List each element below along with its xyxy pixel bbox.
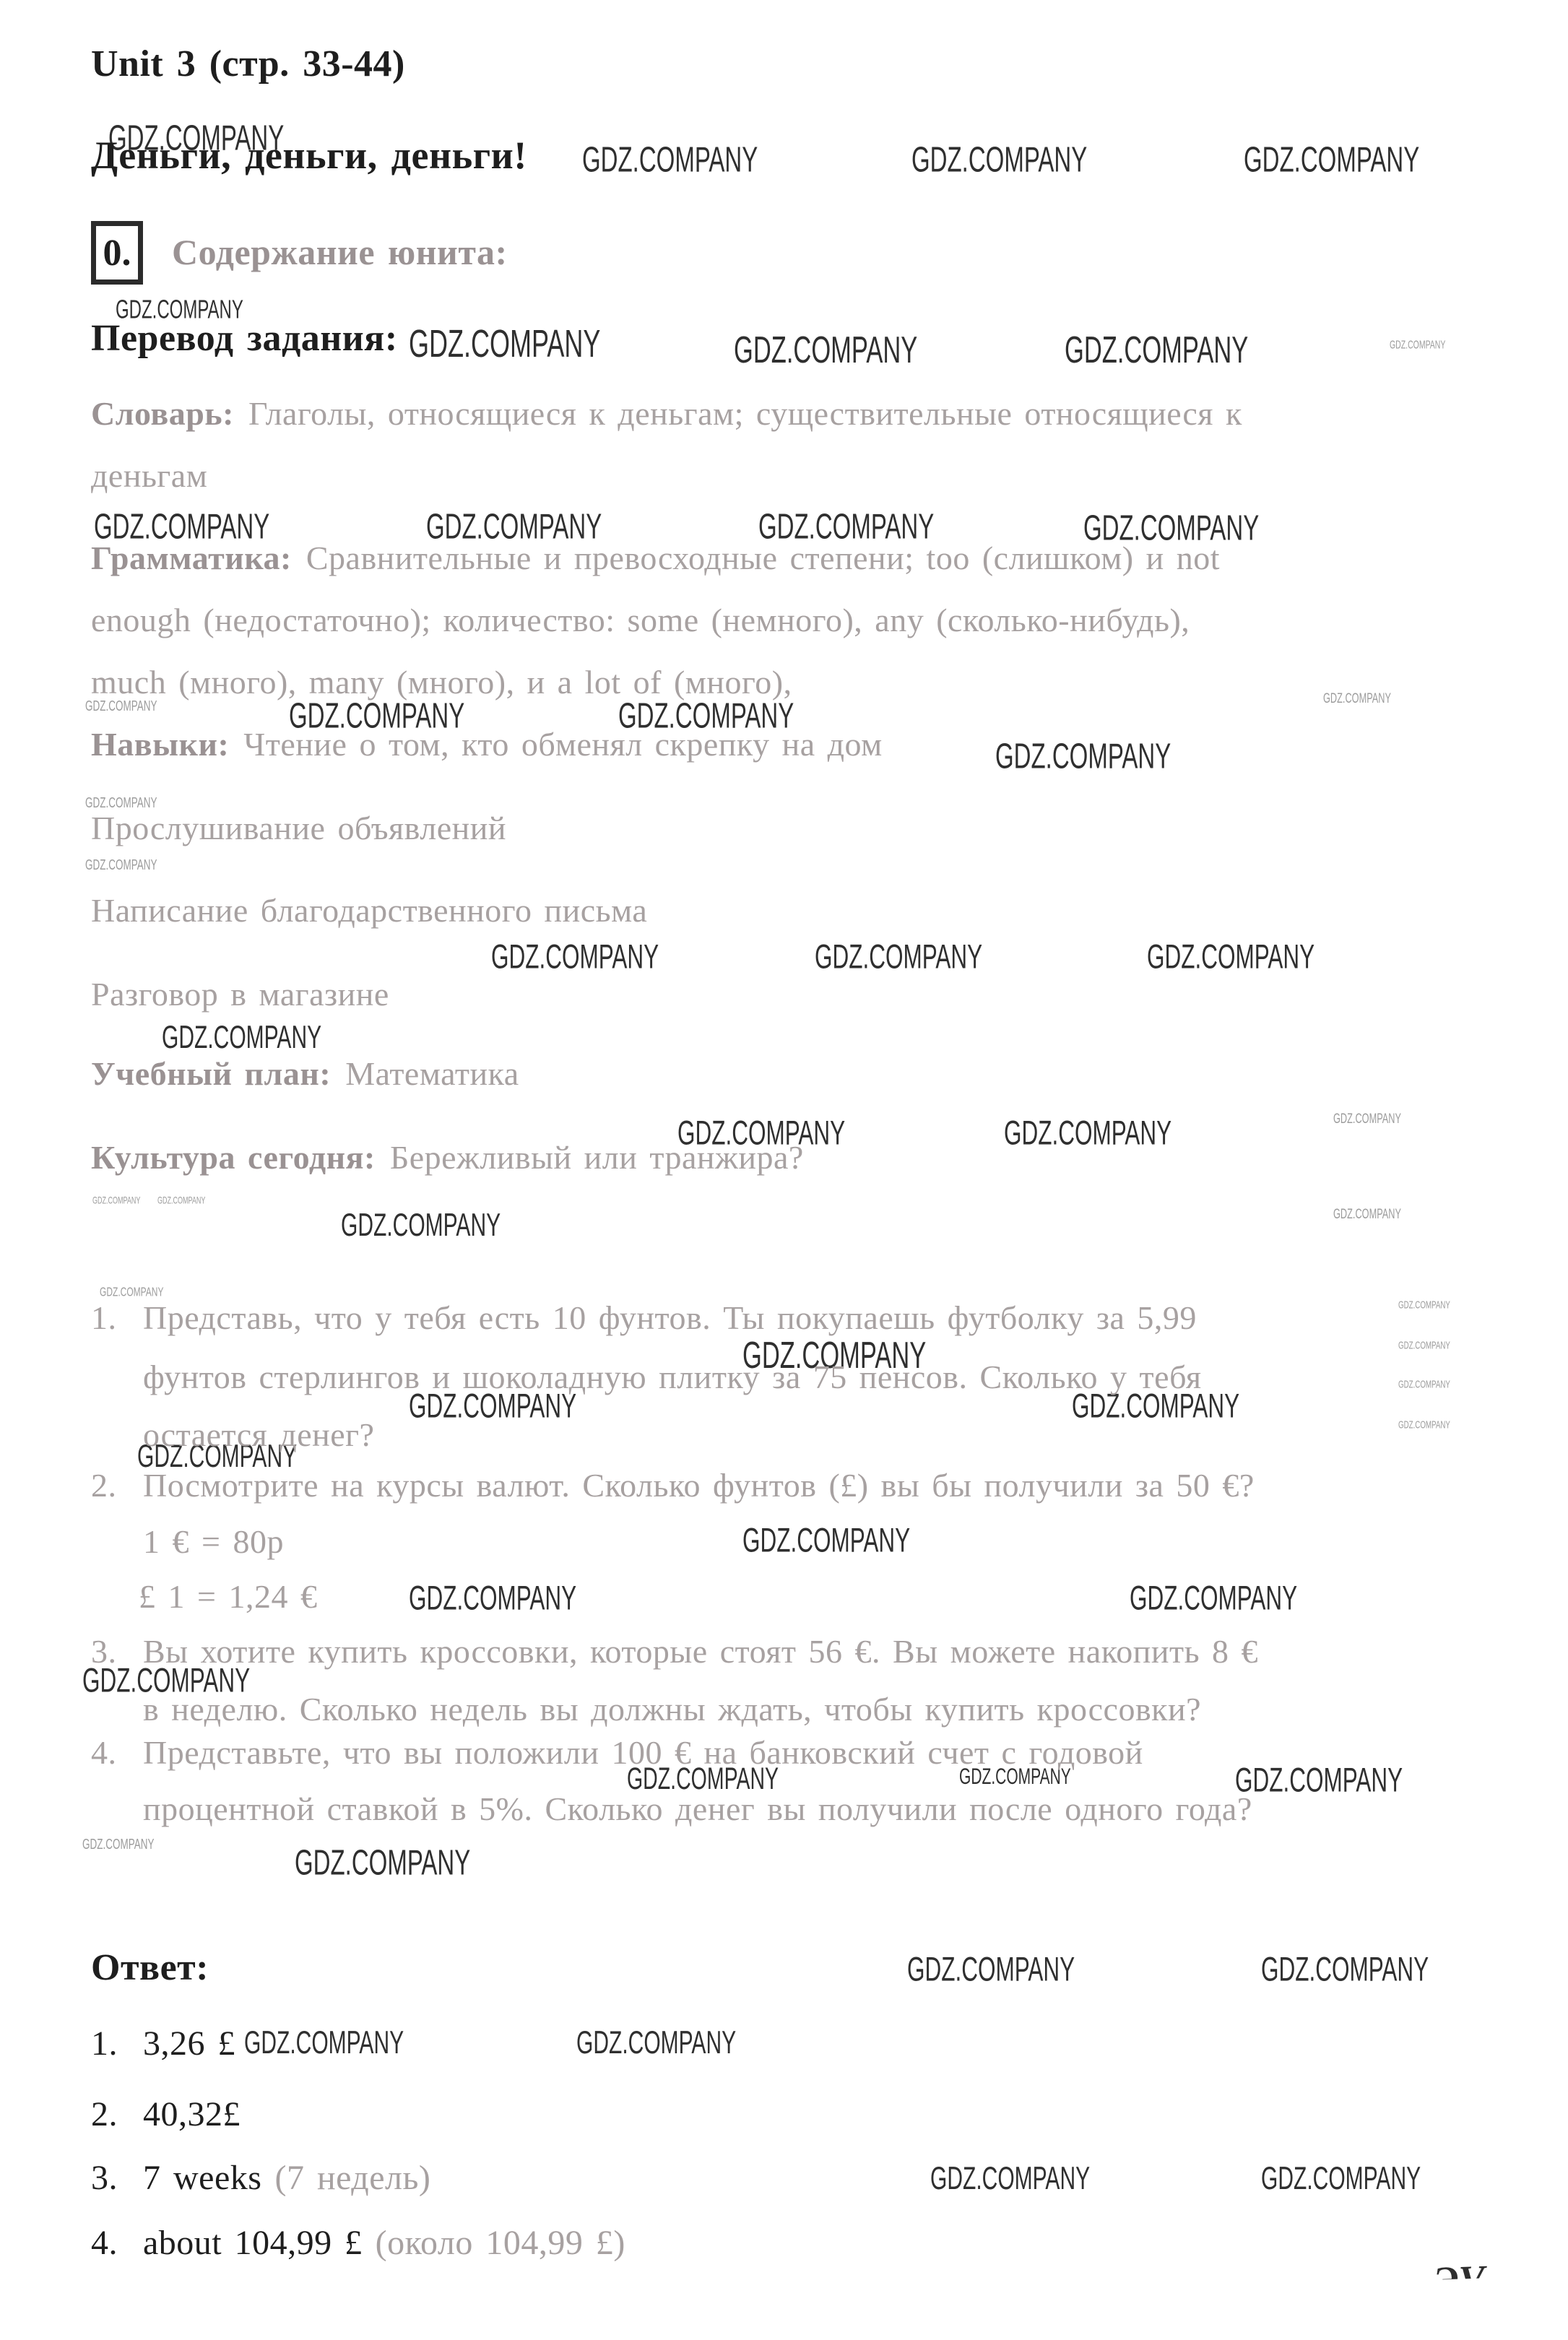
answer-label: Ответ: bbox=[91, 1947, 209, 1988]
watermark: GDZ.COMPANY bbox=[1398, 1339, 1450, 1351]
curriculum-text: Математика bbox=[345, 1055, 519, 1092]
answer-4-value: about 104,99 £ bbox=[143, 2224, 363, 2262]
skills-line-2: Прослушивание объявлений bbox=[91, 810, 506, 847]
cropped-text-fragment: ЭV bbox=[1433, 2254, 1549, 2280]
task-2-text-1: Посмотрите на курсы валют. Сколько фунто… bbox=[143, 1467, 1255, 1504]
watermark: GDZ.COMPANY bbox=[1323, 690, 1391, 706]
watermark: GDZ.COMPANY bbox=[1261, 1950, 1429, 1989]
task-2-rate-1: 1 € = 80p bbox=[143, 1524, 284, 1561]
answer-1-number: 1. bbox=[91, 2025, 143, 2063]
watermark: GDZ.COMPANY bbox=[1065, 328, 1248, 371]
grammar-text-1: Сравнительные и превосходные степени; to… bbox=[306, 539, 1220, 576]
skills-label: Навыки: bbox=[91, 726, 229, 763]
task-3-line-1: 3.Вы хотите купить кроссовки, которые ст… bbox=[91, 1634, 1258, 1670]
watermark: GDZ.COMPANY bbox=[157, 1195, 205, 1206]
watermark: GDZ.COMPANY bbox=[409, 322, 600, 367]
task-1-text-1: Представь, что у тебя есть 10 фунтов. Ты… bbox=[143, 1299, 1197, 1336]
watermark: GDZ.COMPANY bbox=[930, 2161, 1090, 2197]
exercise-number-box: 0. bbox=[91, 221, 143, 285]
skills-line-3: Написание благодарственного письма bbox=[91, 893, 647, 929]
watermark: GDZ.COMPANY bbox=[742, 1521, 910, 1560]
vocab-label: Словарь: bbox=[91, 395, 234, 432]
watermark: GDZ.COMPANY bbox=[409, 1579, 576, 1618]
task-2-number: 2. bbox=[91, 1468, 143, 1504]
watermark: GDZ.COMPANY bbox=[1147, 937, 1314, 976]
watermark: GDZ.COMPANY bbox=[911, 140, 1087, 181]
task-3-text-1: Вы хотите купить кроссовки, которые стоя… bbox=[143, 1633, 1258, 1670]
task-4-line-2: процентной ставкой в 5%. Сколько денег в… bbox=[143, 1791, 1252, 1828]
watermark: GDZ.COMPANY bbox=[85, 857, 157, 874]
watermark: GDZ.COMPANY bbox=[244, 2025, 404, 2061]
watermark: GDZ.COMPANY bbox=[341, 1208, 501, 1244]
task-2-rate-2: £ 1 = 1,24 € bbox=[139, 1579, 317, 1616]
grammar-line-2: enough (недостаточно); количество: some … bbox=[91, 602, 1190, 639]
watermark: GDZ.COMPANY bbox=[162, 1020, 321, 1056]
culture-label: Культура сегодня: bbox=[91, 1139, 376, 1176]
vocab-text-1: Глаголы, относящиеся к деньгам; существи… bbox=[248, 395, 1242, 432]
translation-label: Перевод задания: bbox=[91, 318, 398, 359]
task-1-number: 1. bbox=[91, 1300, 143, 1337]
watermark: GDZ.COMPANY bbox=[1235, 1761, 1403, 1800]
answer-3-value: 7 weeks bbox=[143, 2159, 261, 2197]
watermark: GDZ.COMPANY bbox=[1261, 2161, 1421, 2197]
answer-3-note: (7 недель) bbox=[274, 2159, 430, 2197]
grammar-line-1: Грамматика:Сравнительные и превосходные … bbox=[91, 540, 1220, 577]
document-page: GDZ.COMPANYGDZ.COMPANYGDZ.COMPANYGDZ.COM… bbox=[0, 0, 1568, 2340]
task-1-line-3: остается денег? bbox=[143, 1417, 374, 1454]
curriculum-label: Учебный план: bbox=[91, 1055, 331, 1092]
watermark: GDZ.COMPANY bbox=[1244, 140, 1419, 181]
culture-line: Культура сегодня:Бережливый или транжира… bbox=[91, 1140, 804, 1176]
task-4-number: 4. bbox=[91, 1735, 143, 1772]
curriculum-line: Учебный план:Математика bbox=[91, 1056, 519, 1093]
grammar-line-3: much (много), many (много), и a lot of (… bbox=[91, 664, 792, 701]
answer-3-number: 3. bbox=[91, 2159, 143, 2198]
vocab-line-2: деньгам bbox=[91, 458, 207, 495]
watermark: GDZ.COMPANY bbox=[1398, 1378, 1450, 1390]
task-1-line-2: фунтов стерлингов и шоколадную плитку за… bbox=[143, 1359, 1202, 1396]
task-1-line-1: 1.Представь, что у тебя есть 10 фунтов. … bbox=[91, 1300, 1197, 1337]
exercise-heading: Содержание юнита: bbox=[172, 233, 508, 272]
skills-line-4: Разговор в магазине bbox=[91, 976, 389, 1013]
watermark: GDZ.COMPANY bbox=[82, 1836, 155, 1853]
answer-1-value: 3,26 £ bbox=[143, 2024, 235, 2063]
task-3-number: 3. bbox=[91, 1634, 143, 1670]
watermark: GDZ.COMPANY bbox=[92, 1195, 140, 1206]
watermark: GDZ.COMPANY bbox=[582, 140, 758, 181]
watermark: GDZ.COMPANY bbox=[734, 328, 917, 371]
answer-2-number: 2. bbox=[91, 2096, 143, 2134]
watermark: GDZ.COMPANY bbox=[1390, 338, 1445, 351]
skills-text-1: Чтение о том, кто обменял скрепку на дом bbox=[243, 726, 882, 763]
watermark: GDZ.COMPANY bbox=[1333, 1206, 1401, 1222]
task-3-line-2: в неделю. Сколько недель вы должны ждать… bbox=[143, 1691, 1201, 1728]
watermark: GDZ.COMPANY bbox=[907, 1950, 1075, 1989]
watermark: GDZ.COMPANY bbox=[295, 1843, 470, 1884]
answer-2-value: 40,32£ bbox=[143, 2095, 241, 2133]
watermark: GDZ.COMPANY bbox=[100, 1286, 163, 1300]
watermark: GDZ.COMPANY bbox=[1333, 1111, 1401, 1127]
watermark: GDZ.COMPANY bbox=[1130, 1579, 1297, 1618]
answer-4-note: (около 104,99 £) bbox=[376, 2224, 625, 2262]
skills-line-1: Навыки:Чтение о том, кто обменял скрепку… bbox=[91, 727, 883, 763]
task-4-line-1: 4.Представьте, что вы положили 100 € на … bbox=[91, 1735, 1143, 1772]
watermark: GDZ.COMPANY bbox=[1004, 1114, 1171, 1153]
watermark: GDZ.COMPANY bbox=[576, 2025, 736, 2061]
exercise-number: 0. bbox=[103, 232, 131, 274]
answer-4-number: 4. bbox=[91, 2224, 143, 2263]
watermark: GDZ.COMPANY bbox=[1398, 1299, 1450, 1311]
answer-1: 1.3,26 £ bbox=[91, 2025, 248, 2063]
vocab-line-1: Словарь:Глаголы, относящиеся к деньгам; … bbox=[91, 396, 1242, 433]
task-4-text-1: Представьте, что вы положили 100 € на ба… bbox=[143, 1734, 1143, 1771]
grammar-label: Грамматика: bbox=[91, 539, 292, 576]
culture-text: Бережливый или транжира? bbox=[390, 1139, 804, 1176]
answer-4: 4.about 104,99 £(около 104,99 £) bbox=[91, 2224, 625, 2263]
task-2-line-1: 2.Посмотрите на курсы валют. Сколько фун… bbox=[91, 1468, 1255, 1504]
watermark: GDZ.COMPANY bbox=[995, 737, 1171, 777]
unit-title: Unit 3 (стр. 33-44) bbox=[91, 43, 405, 84]
watermark: GDZ.COMPANY bbox=[815, 937, 982, 976]
money-title: Деньги, деньги, деньги! bbox=[91, 134, 527, 177]
answer-3: 3.7 weeks(7 недель) bbox=[91, 2159, 430, 2198]
watermark: GDZ.COMPANY bbox=[1398, 1418, 1450, 1431]
answer-2: 2.40,32£ bbox=[91, 2096, 254, 2134]
watermark: GDZ.COMPANY bbox=[85, 794, 157, 812]
watermark: GDZ.COMPANY bbox=[491, 937, 659, 976]
